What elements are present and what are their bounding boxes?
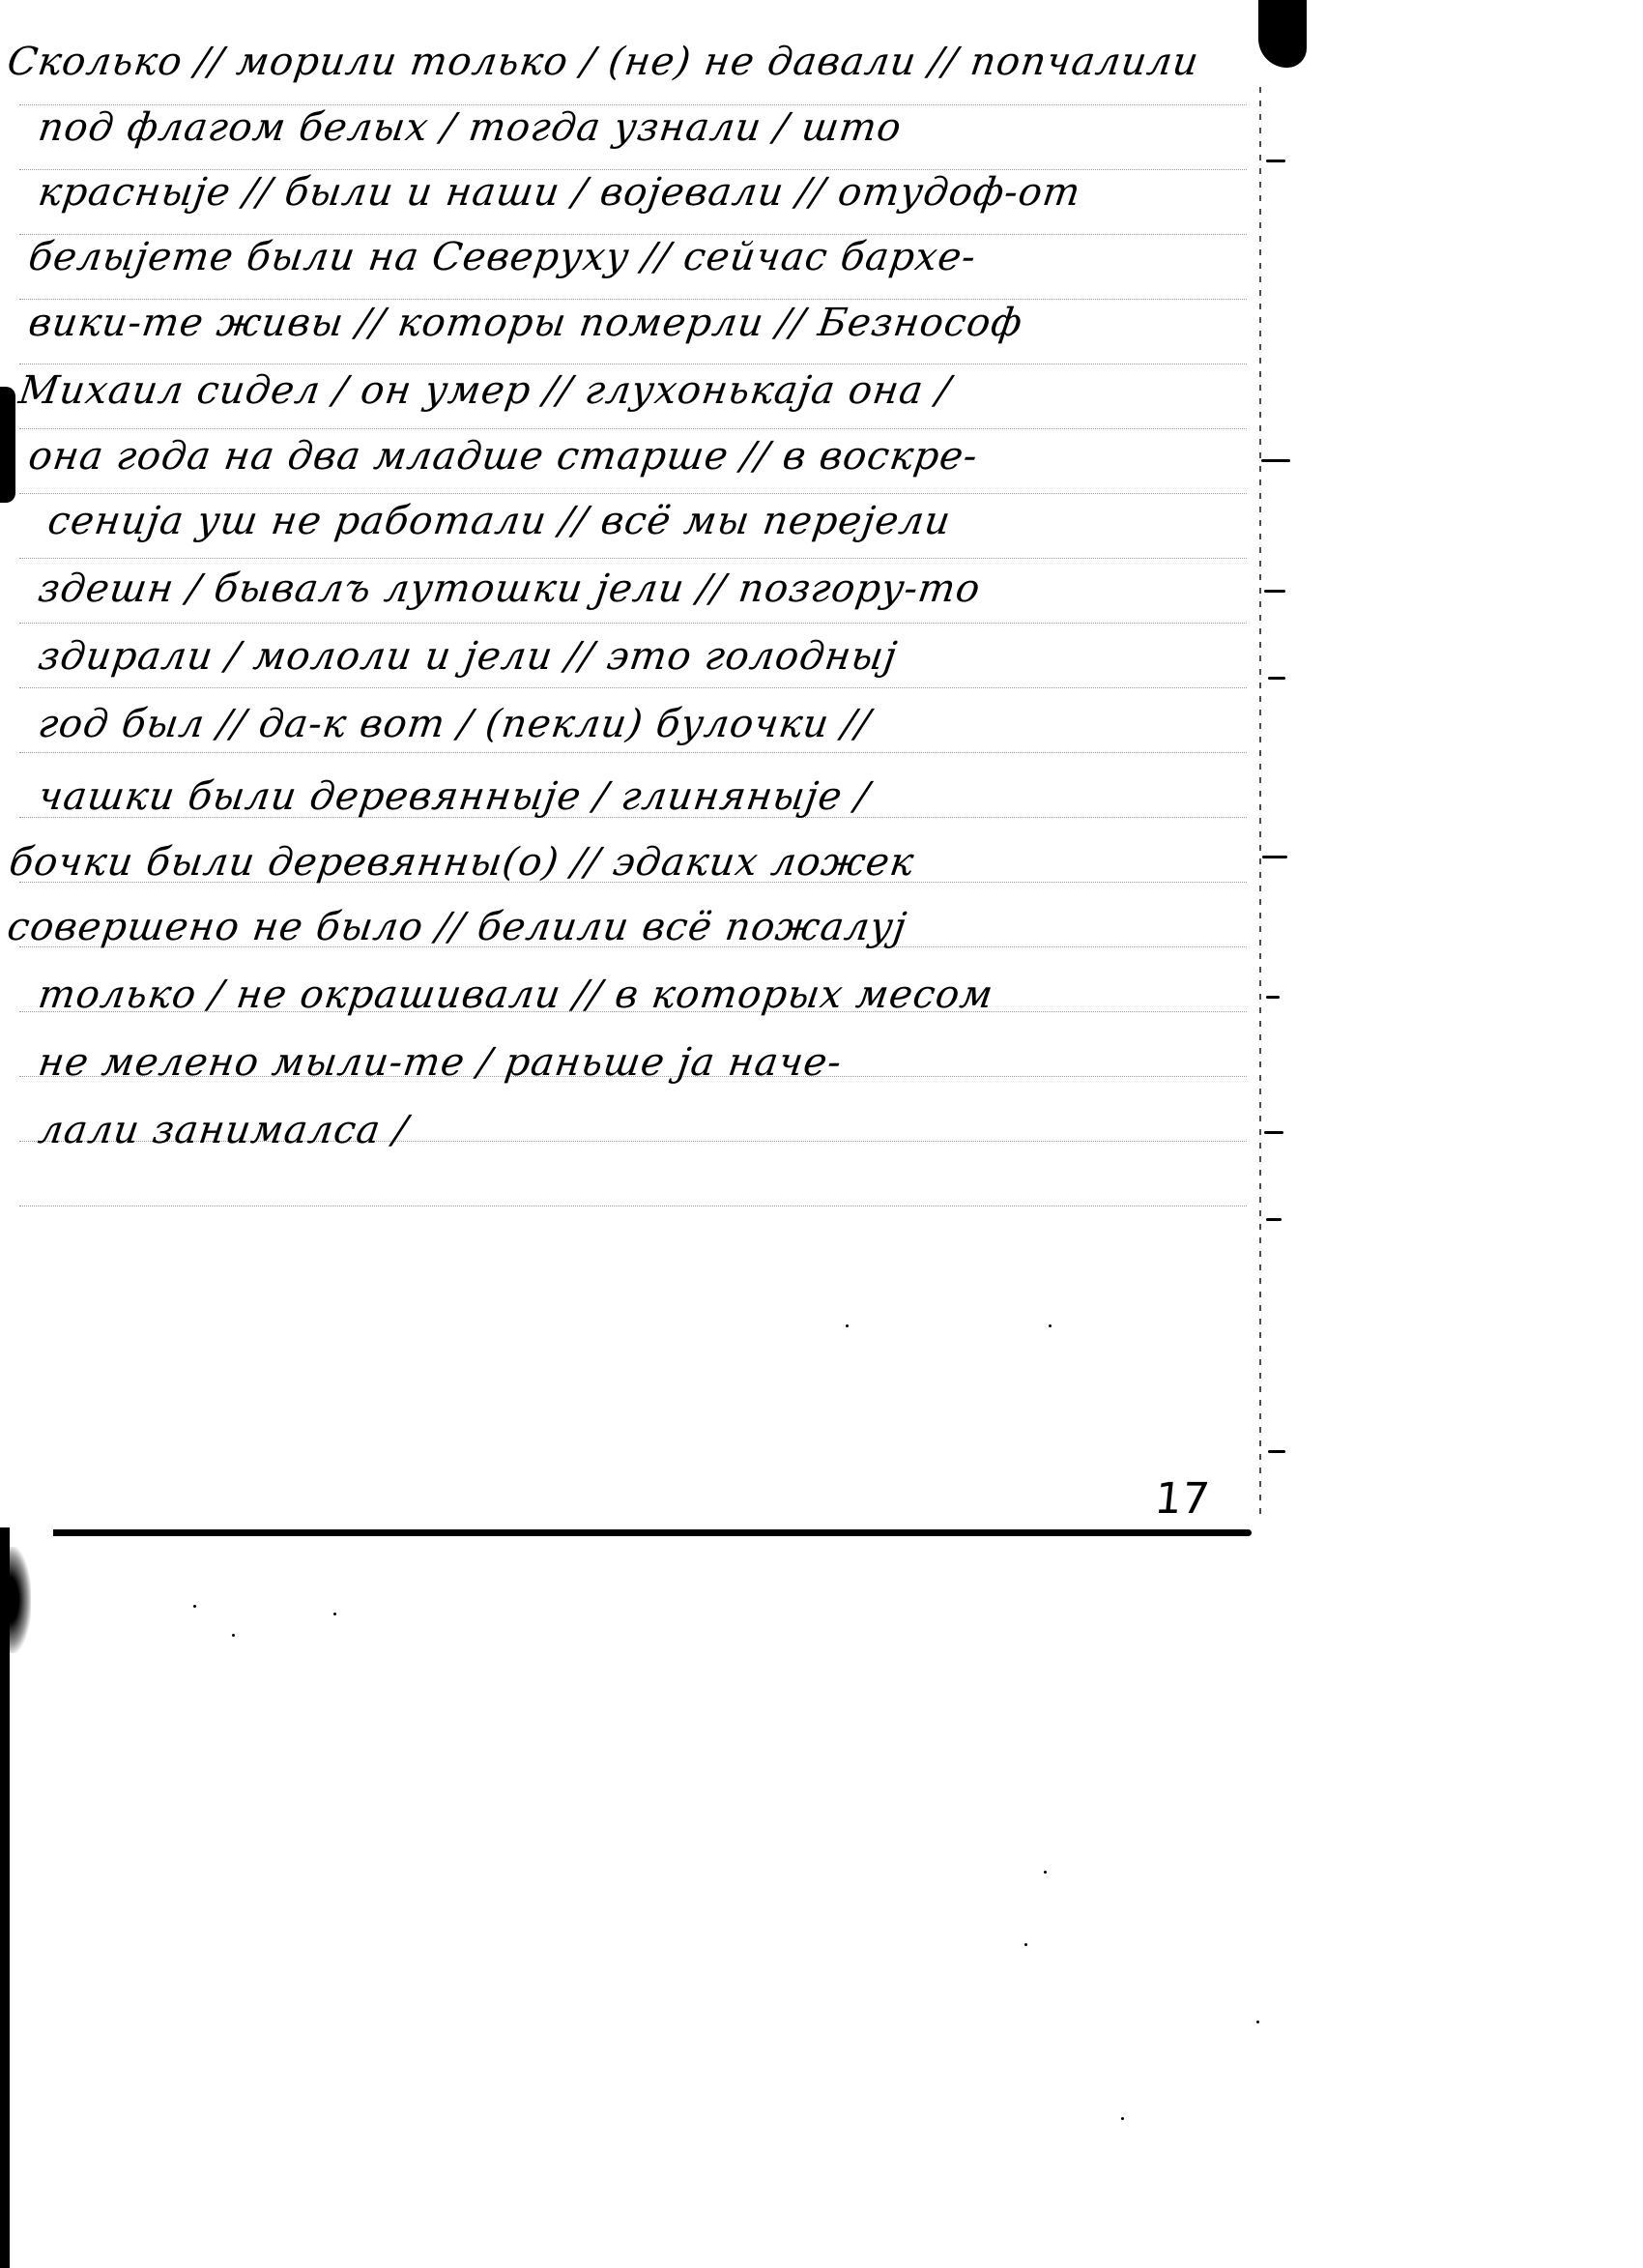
handwritten-line-16: не мелено мыли-те / раньше ja наче- [36, 1039, 846, 1086]
handwritten-line-7: она года на два младше старше // в воскр… [26, 433, 981, 480]
handwritten-line-9: здешн / бывалъ лутошки jели // позгорy-т… [36, 566, 984, 612]
ruled-line [19, 493, 1247, 494]
scan-dust [846, 1324, 849, 1327]
ruled-line [19, 687, 1247, 688]
handwritten-line-6: Михаил сидел / он умер // глухонькаја он… [16, 367, 954, 414]
handwritten-line-2: под флагом белых / тогда узнали / што [36, 104, 905, 151]
ruled-line [19, 428, 1247, 429]
scan-blot [10, 1547, 31, 1653]
ruled-line [19, 558, 1247, 559]
handwritten-line-8: сенија уш не работали // всё мы переjели [45, 498, 954, 544]
ruled-line [19, 363, 1247, 364]
scan-blot [0, 387, 15, 503]
handwritten-line-4: белыјете были на Северуху // сейчас барх… [26, 234, 980, 280]
handwritten-line-15: только / не окрашивали // в которых месо… [36, 972, 996, 1018]
handwritten-line-17: лали занималса / [36, 1107, 412, 1153]
scan-dust [232, 1634, 235, 1637]
page-number: 17 [1152, 1474, 1211, 1524]
scan-dust [1044, 1871, 1047, 1874]
handwritten-line-1: Сколько // морили только / (не) не давал… [5, 39, 1202, 85]
scan-dust [1049, 1324, 1052, 1327]
handwritten-line-13: бочки были деревянны(о) // эдаких ложек [7, 839, 918, 886]
page-edge-right [1259, 87, 1261, 1518]
ruled-line [19, 623, 1247, 624]
scan-dust [193, 1605, 196, 1608]
ruled-line [19, 752, 1247, 753]
scan-dust [1024, 1943, 1027, 1946]
scan-dust [1256, 2021, 1259, 2023]
handwritten-line-14: совершено не было // белили всё пожалуj [5, 904, 910, 950]
handwritten-line-5: вики-те живы // которы померли // Безнос… [26, 300, 1026, 346]
scan-dust [1121, 2117, 1124, 2120]
handwritten-line-10: здирали / мололи и jели // это голодныj [36, 633, 901, 680]
scan-blot [1258, 0, 1307, 68]
ruled-line [19, 1206, 1247, 1207]
page-edge-bottom [53, 1529, 1252, 1536]
scan-edge-bar [0, 1527, 10, 2268]
handwritten-line-3: красныје // были и наши / вojевали // от… [36, 169, 1084, 216]
scanned-page: Сколько // морили только / (не) не давал… [0, 0, 1259, 1535]
handwritten-line-11: год был // да-к вот / (пекли) булочки // [36, 701, 874, 747]
scan-dust [333, 1613, 336, 1615]
handwritten-line-12: чашки были деревянныје / глиняныје / [36, 773, 873, 820]
